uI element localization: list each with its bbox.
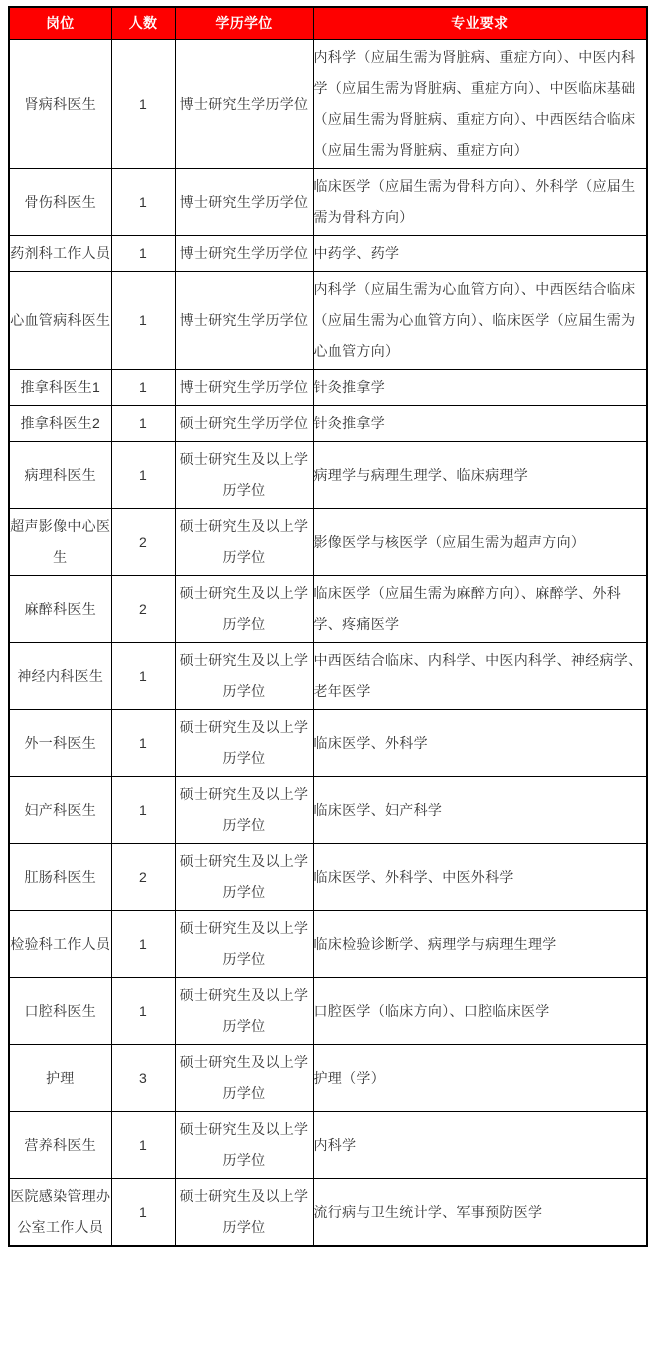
cell-requirements: 中西医结合临床、内科学、中医内科学、神经病学、老年医学: [313, 643, 647, 710]
cell-requirements: 临床医学、妇产科学: [313, 777, 647, 844]
cell-count: 1: [111, 169, 175, 236]
cell-requirements: 流行病与卫生统计学、军事预防医学: [313, 1179, 647, 1247]
cell-count: 2: [111, 576, 175, 643]
cell-degree: 博士研究生学历学位: [175, 169, 313, 236]
cell-degree: 硕士研究生及以上学历学位: [175, 710, 313, 777]
cell-requirements: 针灸推拿学: [313, 370, 647, 406]
cell-position: 药剂科工作人员: [9, 236, 111, 272]
cell-requirements: 内科学（应届生需为肾脏病、重症方向）、中医内科学（应届生需为肾脏病、重症方向）、…: [313, 40, 647, 169]
cell-requirements: 临床医学、外科学: [313, 710, 647, 777]
cell-degree: 硕士研究生及以上学历学位: [175, 1112, 313, 1179]
table-row: 骨伤科医生 1 博士研究生学历学位 临床医学（应届生需为骨科方向）、外科学（应届…: [9, 169, 647, 236]
cell-position: 外一科医生: [9, 710, 111, 777]
cell-count: 1: [111, 370, 175, 406]
cell-position: 营养科医生: [9, 1112, 111, 1179]
cell-count: 1: [111, 911, 175, 978]
cell-position: 神经内科医生: [9, 643, 111, 710]
cell-position: 肾病科医生: [9, 40, 111, 169]
table-row: 妇产科医生 1 硕士研究生及以上学历学位 临床医学、妇产科学: [9, 777, 647, 844]
cell-position: 推拿科医生2: [9, 406, 111, 442]
cell-position: 肛肠科医生: [9, 844, 111, 911]
cell-degree: 硕士研究生及以上学历学位: [175, 442, 313, 509]
cell-position: 护理: [9, 1045, 111, 1112]
page: 岗位 人数 学历学位 专业要求 肾病科医生 1 博士研究生学历学位 内科学（应届…: [0, 6, 654, 1356]
cell-count: 3: [111, 1045, 175, 1112]
table-row: 病理科医生 1 硕士研究生及以上学历学位 病理学与病理生理学、临床病理学: [9, 442, 647, 509]
cell-degree: 硕士研究生及以上学历学位: [175, 509, 313, 576]
table-row: 药剂科工作人员 1 博士研究生学历学位 中药学、药学: [9, 236, 647, 272]
cell-degree: 博士研究生学历学位: [175, 272, 313, 370]
cell-count: 1: [111, 236, 175, 272]
cell-position: 骨伤科医生: [9, 169, 111, 236]
cell-count: 1: [111, 40, 175, 169]
table-row: 肛肠科医生 2 硕士研究生及以上学历学位 临床医学、外科学、中医外科学: [9, 844, 647, 911]
cell-count: 2: [111, 844, 175, 911]
cell-position: 病理科医生: [9, 442, 111, 509]
table-row: 心血管病科医生 1 博士研究生学历学位 内科学（应届生需为心血管方向）、中西医结…: [9, 272, 647, 370]
cell-requirements: 针灸推拿学: [313, 406, 647, 442]
cell-degree: 硕士研究生及以上学历学位: [175, 911, 313, 978]
cell-count: 1: [111, 710, 175, 777]
cell-position: 超声影像中心医生: [9, 509, 111, 576]
col-header-degree: 学历学位: [175, 7, 313, 40]
table-row: 肾病科医生 1 博士研究生学历学位 内科学（应届生需为肾脏病、重症方向）、中医内…: [9, 40, 647, 169]
cell-position: 检验科工作人员: [9, 911, 111, 978]
cell-requirements: 护理（学）: [313, 1045, 647, 1112]
cell-position: 妇产科医生: [9, 777, 111, 844]
cell-position: 口腔科医生: [9, 978, 111, 1045]
cell-count: 2: [111, 509, 175, 576]
cell-count: 1: [111, 272, 175, 370]
cell-position: 麻醉科医生: [9, 576, 111, 643]
cell-count: 1: [111, 1112, 175, 1179]
cell-requirements: 临床医学（应届生需为麻醉方向）、麻醉学、外科学、疼痛医学: [313, 576, 647, 643]
table-row: 推拿科医生2 1 硕士研究生学历学位 针灸推拿学: [9, 406, 647, 442]
cell-degree: 硕士研究生学历学位: [175, 406, 313, 442]
col-header-count: 人数: [111, 7, 175, 40]
cell-position: 医院感染管理办公室工作人员: [9, 1179, 111, 1247]
table-row: 神经内科医生 1 硕士研究生及以上学历学位 中西医结合临床、内科学、中医内科学、…: [9, 643, 647, 710]
cell-count: 1: [111, 978, 175, 1045]
col-header-requirements: 专业要求: [313, 7, 647, 40]
cell-position: 心血管病科医生: [9, 272, 111, 370]
cell-count: 1: [111, 1179, 175, 1247]
cell-degree: 博士研究生学历学位: [175, 236, 313, 272]
cell-requirements: 中药学、药学: [313, 236, 647, 272]
cell-requirements: 内科学: [313, 1112, 647, 1179]
table-row: 护理 3 硕士研究生及以上学历学位 护理（学）: [9, 1045, 647, 1112]
cell-count: 1: [111, 406, 175, 442]
cell-position: 推拿科医生1: [9, 370, 111, 406]
table-row: 外一科医生 1 硕士研究生及以上学历学位 临床医学、外科学: [9, 710, 647, 777]
cell-degree: 博士研究生学历学位: [175, 370, 313, 406]
cell-count: 1: [111, 643, 175, 710]
cell-degree: 硕士研究生及以上学历学位: [175, 1179, 313, 1247]
col-header-position: 岗位: [9, 7, 111, 40]
recruitment-table: 岗位 人数 学历学位 专业要求 肾病科医生 1 博士研究生学历学位 内科学（应届…: [8, 6, 648, 1247]
cell-requirements: 临床医学、外科学、中医外科学: [313, 844, 647, 911]
cell-requirements: 病理学与病理生理学、临床病理学: [313, 442, 647, 509]
header-row: 岗位 人数 学历学位 专业要求: [9, 7, 647, 40]
table-row: 医院感染管理办公室工作人员 1 硕士研究生及以上学历学位 流行病与卫生统计学、军…: [9, 1179, 647, 1247]
table-row: 检验科工作人员 1 硕士研究生及以上学历学位 临床检验诊断学、病理学与病理生理学: [9, 911, 647, 978]
table-row: 麻醉科医生 2 硕士研究生及以上学历学位 临床医学（应届生需为麻醉方向）、麻醉学…: [9, 576, 647, 643]
cell-degree: 硕士研究生及以上学历学位: [175, 643, 313, 710]
cell-degree: 硕士研究生及以上学历学位: [175, 1045, 313, 1112]
table-row: 推拿科医生1 1 博士研究生学历学位 针灸推拿学: [9, 370, 647, 406]
cell-degree: 硕士研究生及以上学历学位: [175, 844, 313, 911]
cell-degree: 硕士研究生及以上学历学位: [175, 777, 313, 844]
cell-requirements: 临床医学（应届生需为骨科方向）、外科学（应届生需为骨科方向）: [313, 169, 647, 236]
cell-requirements: 口腔医学（临床方向）、口腔临床医学: [313, 978, 647, 1045]
cell-requirements: 内科学（应届生需为心血管方向）、中西医结合临床（应届生需为心血管方向）、临床医学…: [313, 272, 647, 370]
table-row: 营养科医生 1 硕士研究生及以上学历学位 内科学: [9, 1112, 647, 1179]
cell-degree: 博士研究生学历学位: [175, 40, 313, 169]
cell-requirements: 影像医学与核医学（应届生需为超声方向）: [313, 509, 647, 576]
cell-count: 1: [111, 777, 175, 844]
table-row: 口腔科医生 1 硕士研究生及以上学历学位 口腔医学（临床方向）、口腔临床医学: [9, 978, 647, 1045]
table-row: 超声影像中心医生 2 硕士研究生及以上学历学位 影像医学与核医学（应届生需为超声…: [9, 509, 647, 576]
cell-requirements: 临床检验诊断学、病理学与病理生理学: [313, 911, 647, 978]
cell-degree: 硕士研究生及以上学历学位: [175, 978, 313, 1045]
cell-count: 1: [111, 442, 175, 509]
cell-degree: 硕士研究生及以上学历学位: [175, 576, 313, 643]
